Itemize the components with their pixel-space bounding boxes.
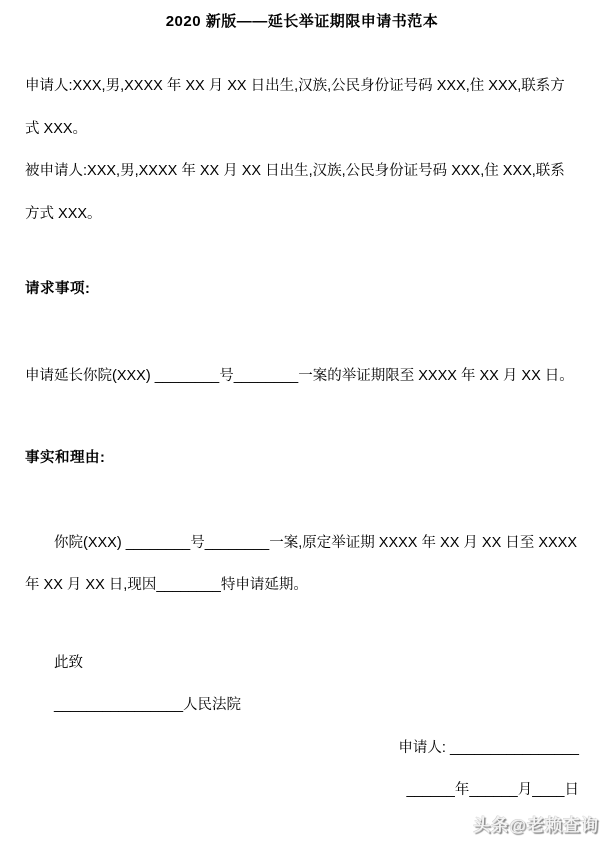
- toutiao-watermark: 头条@老赖查询: [473, 811, 599, 836]
- facts-section-heading: 事实和理由:: [0, 437, 604, 480]
- respondent-paragraph: 被申请人:XXX,男,XXXX 年 XX 月 XX 日出生,汉族,公民身份证号码…: [0, 150, 604, 235]
- closing-salute: 此致: [0, 642, 604, 685]
- applicant-paragraph: 申请人:XXX,男,XXXX 年 XX 月 XX 日出生,汉族,公民身份证号码 …: [0, 65, 604, 150]
- signature-applicant-line: 申请人: ________________: [0, 727, 604, 770]
- facts-body-paragraph: 你院(XXX) ________号________一案,原定举证期 XXXX 年…: [0, 522, 604, 607]
- document-title: 2020 新版——延长举证期限申请书范本: [0, 0, 604, 34]
- document-page: 2020 新版——延长举证期限申请书范本 申请人:XXX,男,XXXX 年 XX…: [0, 0, 604, 843]
- request-section-heading: 请求事项:: [0, 268, 604, 311]
- request-body-paragraph: 申请延长你院(XXX) ________号________一案的举证期限至 XX…: [0, 355, 604, 398]
- signature-date-line: ______年______月____日: [0, 769, 604, 812]
- court-name-line: ________________人民法院: [0, 684, 604, 727]
